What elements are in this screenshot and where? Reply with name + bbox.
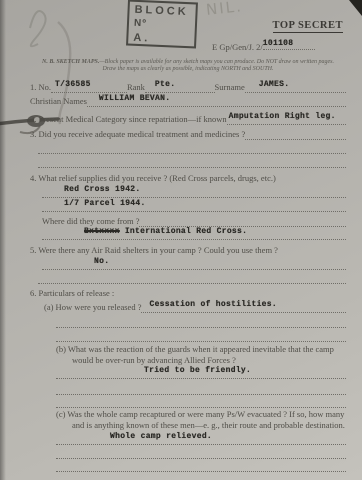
q6c-answer-line-2 [56,460,346,472]
release-how-field: Cessation of hostilities. [141,301,346,313]
particulars-of-release-label: 6. Particulars of release : [30,287,346,299]
relief-supplies-label: 4. What relief supplies did you receive … [30,172,346,184]
supplies-origin-value: Bxtxxxx International Red Cross. [84,226,247,238]
camp-recaptured-label: (c) Was the whole camp recaptured or wer… [56,409,346,431]
q3-answer-line-1 [38,142,346,154]
number-field: T/36585 [51,81,127,93]
relief-supplies-answer-1: Red Cross 1942. [42,185,346,198]
note-line1: —Block paper is available for any sketch… [99,59,334,65]
page-corner-shadow [349,0,362,16]
medical-category-field: Amputation Right leg. [227,113,346,125]
guards-reaction-value: Tried to be friendly. [144,365,251,377]
q6c-answer-line-3 [56,473,346,480]
q3-row: 3. Did you receive adequate medical trea… [30,128,346,140]
christian-names-field: WILLIAM BEVAN. [87,95,346,107]
air-raid-shelters-label: 5. Were there any Air Raid shelters in y… [30,244,346,256]
christian-names-row: Christian Names WILLIAM BEVAN. [30,95,346,107]
release-how-label: (a) How were you released ? [44,301,141,313]
block-number-stamp: BLOCK Nº A. [126,0,198,49]
q2-row: 2. Present Medical Category since repatr… [30,113,346,125]
surname-value: JAMES. [259,79,290,91]
guards-reaction-label: (b) What was the reaction of the guards … [56,344,346,366]
q1-row: 1. No. T/36585 Rank Pte. Surname JAMES. [30,81,346,93]
q6b-answer-line-1 [56,383,346,395]
rank-label: Rank [127,81,145,93]
handwritten-nil: NIL. [205,0,243,19]
supplies-origin-text: International Red Cross. [120,227,248,236]
q6a-answer-line-1 [56,316,346,328]
reference-line: E Gp/Gen/J. 2/101108 [212,40,315,52]
note-lead: N. B. SKETCH MAPS. [42,59,99,65]
christian-names-value: WILLIAM BEVAN. [99,93,170,105]
relief-value-2: 1/7 Parcel 1944. [64,198,146,210]
release-how-row: (a) How were you released ? Cessation of… [44,301,346,313]
air-raid-answer: No. [42,257,346,270]
sketch-maps-note: N. B. SKETCH MAPS.—Block paper is availa… [26,59,350,73]
camp-recaptured-answer: Whole camp relieved. [56,432,346,445]
q6a-answer-line-2 [56,330,346,342]
rank-field: Pte. [145,81,215,93]
christian-names-label: Christian Names [30,95,87,107]
medical-treatment-label: 3. Did you receive adequate medical trea… [30,128,245,140]
medical-category-label: 2. Present Medical Category since repatr… [30,113,227,125]
relief-value-1: Red Cross 1942. [64,184,141,196]
q5-answer-line-2 [38,272,346,284]
surname-field: JAMES. [245,81,346,93]
air-raid-value: No. [94,256,109,268]
scanned-pow-questionnaire-page: BLOCK Nº A. NIL. TOP SECRET E Gp/Gen/J. … [0,0,362,480]
struck-out-word: Bxtxxxx [84,227,120,236]
medical-category-value: Amputation Right leg. [229,111,336,123]
relief-supplies-answer-2: 1/7 Parcel 1944. [42,199,346,212]
surname-label: Surname [215,81,245,93]
supplies-origin-answer: Bxtxxxx International Red Cross. [42,227,346,240]
q3-answer-line-2 [38,156,346,168]
q6c-answer-line-1 [56,447,346,459]
camp-recaptured-value: Whole camp relieved. [110,431,212,443]
reference-number: 101108 [263,39,294,48]
stamp-line-a: A. [133,31,190,47]
reference-prefix: E Gp/Gen/J. 2/ [212,42,263,52]
questionnaire-form: 1. No. T/36585 Rank Pte. Surname JAMES. … [30,81,346,480]
number-value: T/36585 [55,79,91,91]
note-line2: Draw the maps as clearly as possible, in… [26,66,350,73]
classification-top-secret: TOP SECRET [273,20,343,33]
release-how-value: Cessation of hostilities. [149,299,277,311]
medical-treatment-field [245,128,346,140]
number-label: 1. No. [30,81,51,93]
rank-value: Pte. [155,79,175,91]
reference-leader: 101108 [263,40,315,50]
q6b-answer-line-2 [56,396,346,408]
guards-reaction-answer: Tried to be friendly. [56,366,346,379]
